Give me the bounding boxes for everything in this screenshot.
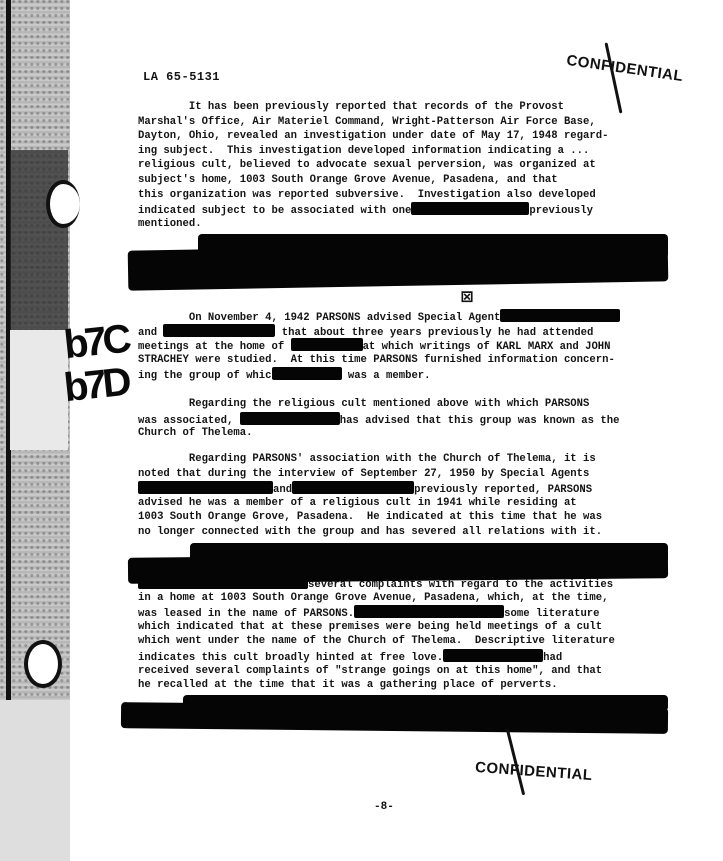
margin-annotation-b7d: b7D — [62, 362, 129, 408]
text-line: this organization was reported subversiv… — [138, 188, 663, 203]
document-page: LA 65-5131 CONFIDENTIAL It has been prev… — [0, 0, 723, 861]
text-segment: was a member. — [342, 370, 431, 382]
text-segment: Marshal's Office, Air Materiel Command, … — [138, 116, 596, 128]
redaction-box — [292, 481, 414, 494]
redaction-box — [291, 338, 363, 351]
text-segment: that about three years previously he had… — [275, 327, 593, 339]
text-segment: had — [543, 652, 562, 664]
text-line: 1003 South Orange Grove, Pasadena. He in… — [138, 510, 663, 525]
text-segment: no longer connected with the group and h… — [138, 526, 602, 538]
text-line: Marshal's Office, Air Materiel Command, … — [138, 115, 663, 130]
redaction-box — [138, 576, 308, 589]
paragraph-provost-records: It has been previously reported that rec… — [138, 100, 663, 231]
text-segment: was leased in the name of PARSONS. — [138, 608, 354, 620]
text-line: ing the group of whic was a member. — [138, 367, 663, 382]
text-line: advised he was a member of a religious c… — [138, 496, 663, 511]
text-segment: he recalled at the time that it was a ga… — [138, 679, 558, 691]
text-segment: ing the group of whic — [138, 370, 272, 382]
text-segment: and — [273, 484, 292, 496]
text-segment: in a home at 1003 South Orange Grove Ave… — [138, 592, 608, 604]
text-line: Regarding the religious cult mentioned a… — [138, 397, 663, 412]
text-segment: some literature — [504, 608, 599, 620]
text-line: andpreviously reported, PARSONS — [138, 481, 663, 496]
text-segment: 1003 South Orange Grove, Pasadena. He in… — [138, 511, 602, 523]
text-line: meetings at the home of at which writing… — [138, 338, 663, 353]
text-line: religious cult, believed to advocate sex… — [138, 158, 663, 173]
text-segment: and — [138, 327, 163, 339]
paragraph-november-1942: On November 4, 1942 PARSONS advised Spec… — [138, 309, 663, 382]
text-segment: Regarding the religious cult mentioned a… — [138, 398, 589, 410]
redaction-box — [500, 309, 620, 322]
text-line: It has been previously reported that rec… — [138, 100, 663, 115]
text-line: STRACHEY were studied. At this time PARS… — [138, 353, 663, 368]
scanned-binding-edge — [0, 0, 70, 861]
file-number: LA 65-5131 — [143, 70, 220, 84]
classification-stamp-top: CONFIDENTIAL — [565, 52, 684, 85]
text-segment: Church of Thelema. — [138, 427, 252, 439]
punch-hole-icon — [46, 180, 80, 228]
text-line: mentioned. — [138, 217, 663, 232]
text-segment: previously reported, PARSONS — [414, 484, 592, 496]
redaction-box — [240, 412, 340, 425]
text-segment: previously — [529, 205, 593, 217]
text-line: On November 4, 1942 PARSONS advised Spec… — [138, 309, 663, 324]
text-segment: which went under the name of the Church … — [138, 635, 615, 647]
redaction-box — [411, 202, 529, 215]
text-segment: was associated, — [138, 415, 240, 427]
text-segment: noted that during the interview of Septe… — [138, 468, 589, 480]
text-segment: indicates this cult broadly hinted at fr… — [138, 652, 443, 664]
redaction-box — [272, 367, 342, 380]
text-line: he recalled at the time that it was a ga… — [138, 678, 663, 693]
redaction-box — [138, 481, 273, 494]
text-segment: which indicated that at these premises w… — [138, 621, 602, 633]
text-segment: received several complaints of "strange … — [138, 665, 602, 677]
text-segment: ing subject. This investigation develope… — [138, 145, 589, 157]
text-segment: subject's home, 1003 South Orange Grove … — [138, 174, 558, 186]
text-segment: has advised that this group was known as… — [340, 415, 620, 427]
text-line: Church of Thelema. — [138, 426, 663, 441]
paragraph-complaints: several complaints with regard to the ac… — [138, 576, 663, 693]
margin-annotation-b7c: b7C — [62, 319, 129, 365]
classification-stamp-bottom: CONFIDENTIAL — [475, 759, 594, 784]
text-line: Dayton, Ohio, revealed an investigation … — [138, 129, 663, 144]
cross-mark-icon: ⊠ — [461, 284, 473, 310]
text-segment: It has been previously reported that rec… — [138, 101, 564, 113]
text-line: which indicated that at these premises w… — [138, 620, 663, 635]
text-segment: mentioned. — [138, 218, 202, 230]
redaction-bar — [128, 241, 669, 290]
text-line: indicated subject to be associated with … — [138, 202, 663, 217]
text-line: subject's home, 1003 South Orange Grove … — [138, 173, 663, 188]
redaction-box — [163, 324, 275, 337]
text-line: was leased in the name of PARSONS.some l… — [138, 605, 663, 620]
text-line: in a home at 1003 South Orange Grove Ave… — [138, 591, 663, 606]
text-line: and that about three years previously he… — [138, 324, 663, 339]
binding-bottom-region — [0, 700, 70, 861]
text-line: no longer connected with the group and h… — [138, 525, 663, 540]
text-segment: religious cult, believed to advocate sex… — [138, 159, 596, 171]
text-segment: Dayton, Ohio, revealed an investigation … — [138, 130, 608, 142]
paragraph-september-1950-interview: Regarding PARSONS' association with the … — [138, 452, 663, 540]
text-line: several complaints with regard to the ac… — [138, 576, 663, 591]
text-segment: indicated subject to be associated with … — [138, 205, 411, 217]
text-line: ing subject. This investigation develope… — [138, 144, 663, 159]
redaction-bar — [121, 702, 668, 734]
redaction-box — [354, 605, 504, 618]
text-line: which went under the name of the Church … — [138, 634, 663, 649]
binding-light-region — [10, 330, 68, 450]
text-segment: at which writings of KARL MARX and JOHN — [363, 341, 611, 353]
text-line: received several complaints of "strange … — [138, 664, 663, 679]
text-line: noted that during the interview of Septe… — [138, 467, 663, 482]
text-segment: Regarding PARSONS' association with the … — [138, 453, 596, 465]
paragraph-church-of-thelema: Regarding the religious cult mentioned a… — [138, 397, 663, 441]
text-line: Regarding PARSONS' association with the … — [138, 452, 663, 467]
text-segment: STRACHEY were studied. At this time PARS… — [138, 354, 615, 366]
text-line: indicates this cult broadly hinted at fr… — [138, 649, 663, 664]
text-segment: several complaints with regard to the ac… — [308, 579, 613, 591]
text-segment: advised he was a member of a religious c… — [138, 497, 577, 509]
redaction-box — [443, 649, 543, 662]
text-segment: this organization was reported subversiv… — [138, 189, 596, 201]
punch-hole-icon — [24, 640, 62, 688]
text-segment: On November 4, 1942 PARSONS advised Spec… — [138, 312, 500, 324]
page-number: -8- — [374, 801, 394, 813]
binding-dark-region — [10, 150, 68, 330]
text-segment: meetings at the home of — [138, 341, 291, 353]
text-line: was associated, has advised that this gr… — [138, 412, 663, 427]
